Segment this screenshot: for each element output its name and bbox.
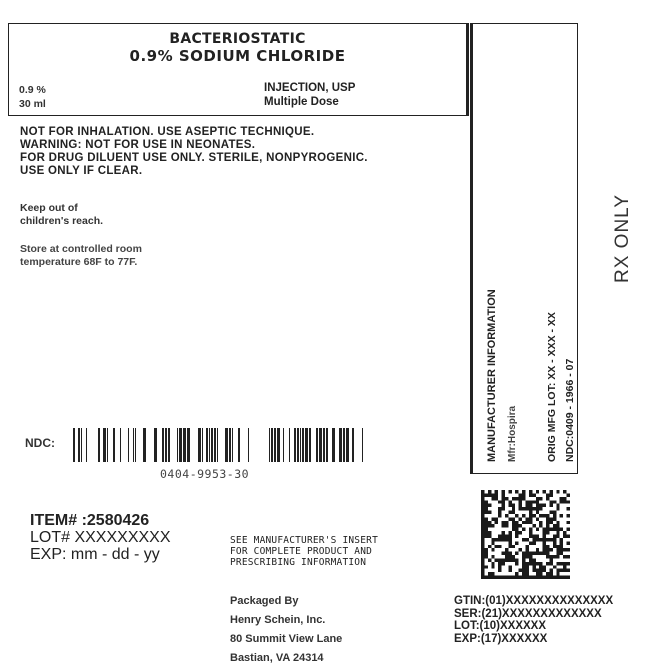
datamatrix-info: GTIN:(01)XXXXXXXXXXXXXX SER:(21)XXXXXXXX…: [454, 595, 613, 645]
serial-line: SER:(21)XXXXXXXXXXXXX: [454, 608, 613, 621]
packager-line: Packaged By: [230, 592, 342, 611]
dose-type: Multiple Dose: [264, 95, 355, 109]
exp-line: EXP:(17)XXXXXX: [454, 633, 613, 646]
product-header-box: BACTERIOSTATIC 0.9% SODIUM CHLORIDE 0.9 …: [8, 23, 469, 116]
insert-note-line: SEE MANUFACTURER'S INSERT: [230, 535, 378, 546]
product-title-line2: 0.9% SODIUM CHLORIDE: [9, 47, 466, 65]
lot-number: LOT# XXXXXXXXX: [30, 529, 171, 546]
datamatrix-code: [481, 490, 570, 579]
storage-line: Store at controlled room: [20, 243, 142, 256]
keep-out-line: children's reach.: [20, 215, 103, 228]
warnings-block: NOT FOR INHALATION. USE ASEPTIC TECHNIQU…: [20, 126, 368, 178]
packager-line: Bastian, VA 24314: [230, 649, 342, 668]
dosage-form: INJECTION, USP: [264, 81, 355, 95]
keep-out-notice: Keep out of children's reach.: [20, 202, 103, 228]
keep-out-line: Keep out of: [20, 202, 103, 215]
lot-line: LOT:(10)XXXXXX: [454, 620, 613, 633]
warning-line: NOT FOR INHALATION. USE ASEPTIC TECHNIQU…: [20, 126, 368, 139]
concentration: 0.9 %: [19, 83, 46, 97]
insert-note-line: PRESCRIBING INFORMATION: [230, 557, 378, 568]
warning-line: USE ONLY IF CLEAR.: [20, 165, 368, 178]
manufacturer-heading: MANUFACTURER INFORMATION: [486, 289, 498, 462]
packager-line: 80 Summit View Lane: [230, 630, 342, 649]
gtin-line: GTIN:(01)XXXXXXXXXXXXXX: [454, 595, 613, 608]
warning-line: FOR DRUG DILUENT USE ONLY. STERILE, NONP…: [20, 152, 368, 165]
insert-note: SEE MANUFACTURER'S INSERT FOR COMPLETE P…: [230, 535, 378, 568]
ndc-number: 0404-9953-30: [160, 467, 249, 481]
form-dose: INJECTION, USP Multiple Dose: [264, 81, 355, 109]
volume: 30 ml: [19, 97, 46, 111]
warning-line: WARNING: NOT FOR USE IN NEONATES.: [20, 139, 368, 152]
ndc-label: NDC:: [25, 436, 55, 450]
packager-info: Packaged By Henry Schein, Inc. 80 Summit…: [230, 592, 342, 668]
storage-line: temperature 68F to 77F.: [20, 256, 142, 269]
linear-barcode: [73, 428, 364, 462]
packager-line: Henry Schein, Inc.: [230, 611, 342, 630]
original-lot: ORIG MFG LOT: XX - XXX - XX: [546, 312, 558, 462]
product-title-line1: BACTERIOSTATIC: [9, 31, 466, 47]
item-number: ITEM# :2580426: [30, 512, 171, 529]
rx-only-label: RX ONLY: [612, 194, 634, 283]
storage-notice: Store at controlled room temperature 68F…: [20, 243, 142, 269]
manufacturer-name: Mfr:Hospira: [507, 406, 518, 462]
expiration: EXP: mm - dd - yy: [30, 546, 171, 563]
item-info: ITEM# :2580426 LOT# XXXXXXXXX EXP: mm - …: [30, 512, 171, 563]
original-ndc: NDC:0409 - 1966 - 07: [564, 359, 576, 462]
insert-note-line: FOR COMPLETE PRODUCT AND: [230, 546, 378, 557]
strength-volume: 0.9 % 30 ml: [19, 83, 46, 111]
